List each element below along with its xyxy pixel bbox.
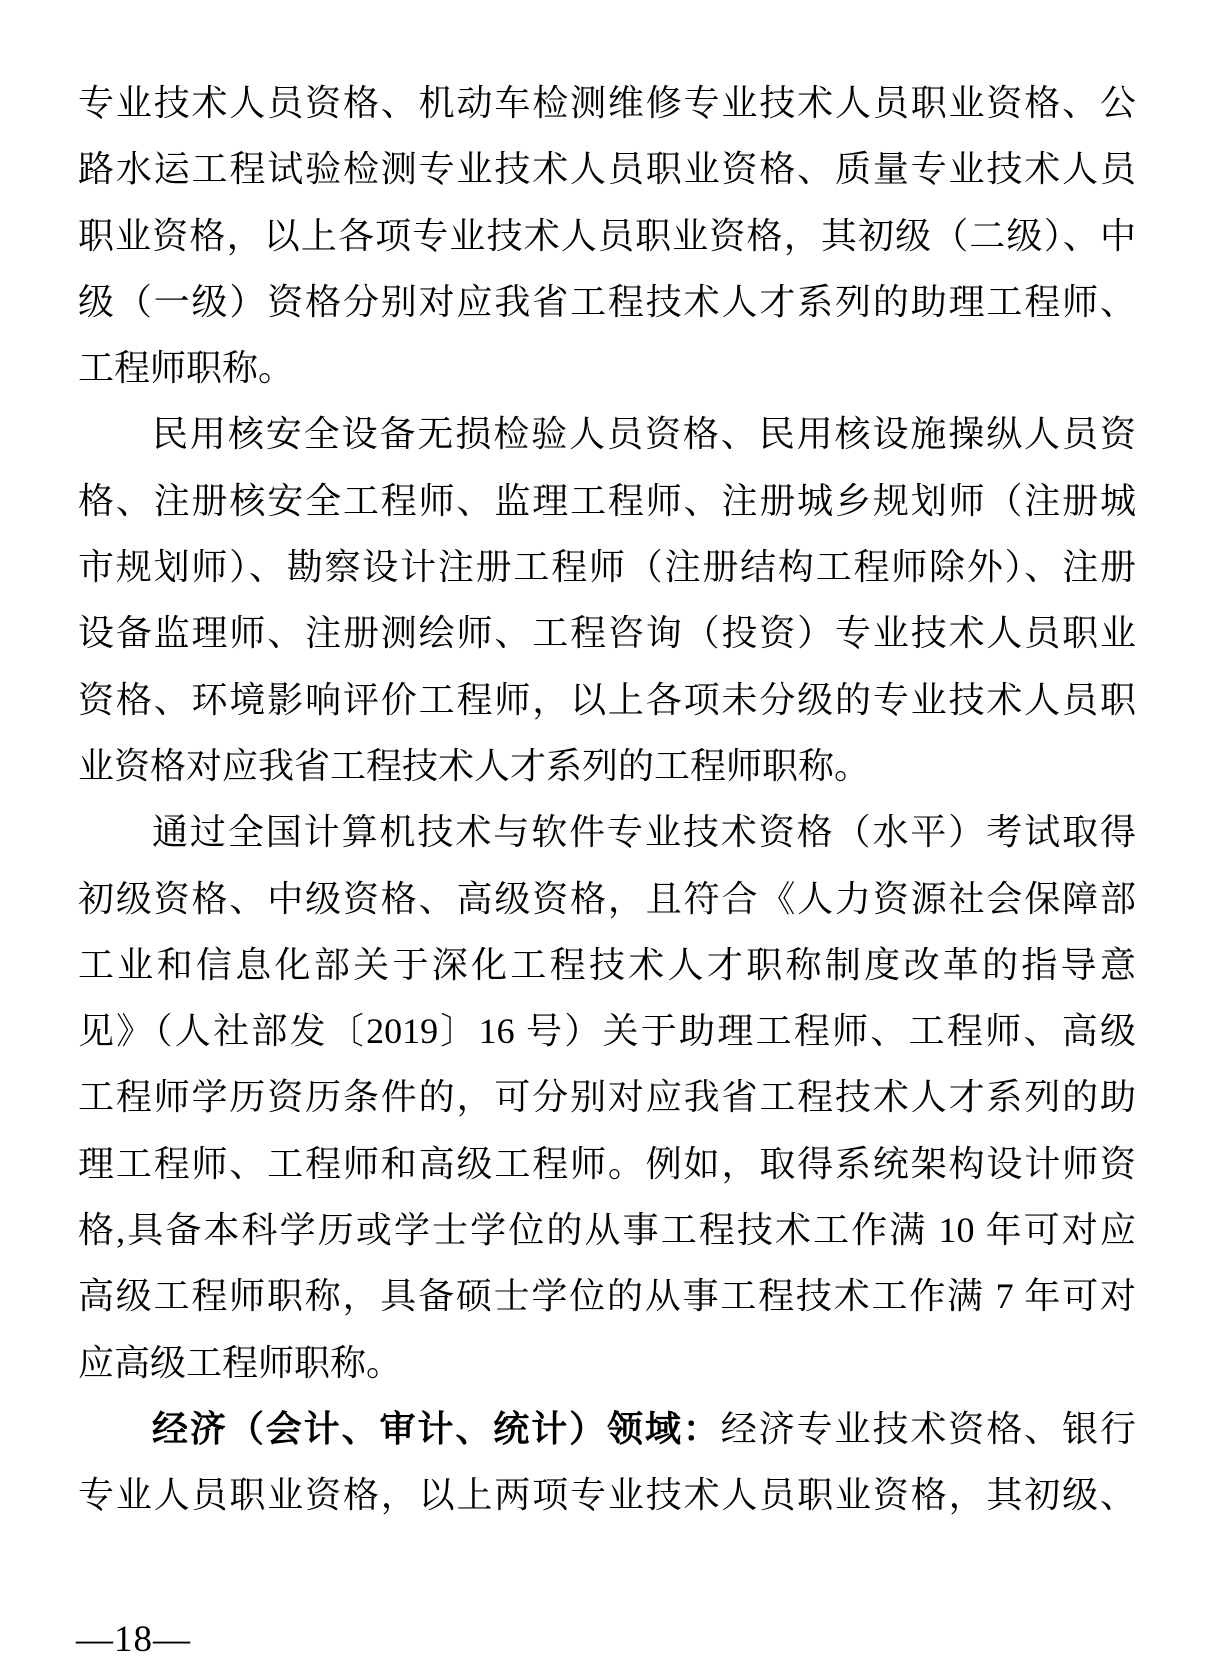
text-line: 路水运工程试验检测专业技术人员职业资格、质量专业技术人员 bbox=[78, 136, 1136, 202]
text-segment: 初级资格、中级资格、高级资格，且符合《人力资源社会保障部 bbox=[78, 879, 1136, 919]
text-line: 工程师学历资历条件的，可分别对应我省工程技术人才系列的助 bbox=[78, 1064, 1136, 1130]
text-segment: 通过全国计算机技术与软件专业技术资格（水平）考试取得 bbox=[152, 812, 1136, 852]
text-segment: 业资格对应我省工程技术人才系列的工程师职称。 bbox=[78, 746, 870, 786]
document-page: 专业技术人员资格、机动车检测维修专业技术人员职业资格、公路水运工程试验检测专业技… bbox=[0, 0, 1209, 1677]
text-line: 通过全国计算机技术与软件专业技术资格（水平）考试取得 bbox=[78, 799, 1136, 865]
text-line: 格,具备本科学历或学士学位的从事工程技术工作满 10 年可对应 bbox=[78, 1197, 1136, 1263]
text-line: 市规划师）、勘察设计注册工程师（注册结构工程师除外）、注册 bbox=[78, 534, 1136, 600]
text-line: 设备监理师、注册测绘师、工程咨询（投资）专业技术人员职业 bbox=[78, 600, 1136, 666]
text-segment: 经济专业技术资格、银行 bbox=[721, 1409, 1136, 1449]
text-line: 格、注册核安全工程师、监理工程师、注册城乡规划师（注册城 bbox=[78, 468, 1136, 534]
document-body: 专业技术人员资格、机动车检测维修专业技术人员职业资格、公路水运工程试验检测专业技… bbox=[78, 70, 1136, 1529]
text-segment: 应高级工程师职称。 bbox=[78, 1343, 402, 1383]
text-segment: 路水运工程试验检测专业技术人员职业资格、质量专业技术人员 bbox=[78, 149, 1136, 189]
text-segment: 职业资格，以上各项专业技术人员职业资格，其初级（二级）、中 bbox=[78, 216, 1136, 256]
text-segment: 理工程师、工程师和高级工程师。例如，取得系统架构设计师资 bbox=[78, 1144, 1136, 1184]
text-segment: 民用核安全设备无损检验人员资格、民用核设施操纵人员资 bbox=[152, 414, 1136, 454]
text-segment: 设备监理师、注册测绘师、工程咨询（投资）专业技术人员职业 bbox=[78, 613, 1136, 653]
text-line: 高级工程师职称，具备硕士学位的从事工程技术工作满 7 年可对 bbox=[78, 1263, 1136, 1329]
text-line: 初级资格、中级资格、高级资格，且符合《人力资源社会保障部 bbox=[78, 866, 1136, 932]
text-segment: 见》（人社部发〔2019〕16 号）关于助理工程师、工程师、高级 bbox=[78, 1011, 1136, 1051]
text-line: 民用核安全设备无损检验人员资格、民用核设施操纵人员资 bbox=[78, 401, 1136, 467]
text-segment: 格、注册核安全工程师、监理工程师、注册城乡规划师（注册城 bbox=[78, 481, 1136, 521]
text-segment: 专业人员职业资格，以上两项专业技术人员职业资格，其初级、 bbox=[78, 1475, 1136, 1515]
text-segment: 格,具备本科学历或学士学位的从事工程技术工作满 10 年可对应 bbox=[78, 1210, 1136, 1250]
text-line: 应高级工程师职称。 bbox=[78, 1330, 1136, 1396]
text-segment: 级（一级）资格分别对应我省工程技术人才系列的助理工程师、 bbox=[78, 282, 1136, 322]
text-segment: 高级工程师职称，具备硕士学位的从事工程技术工作满 7 年可对 bbox=[78, 1276, 1136, 1316]
text-segment: 专业技术人员资格、机动车检测维修专业技术人员职业资格、公 bbox=[78, 83, 1136, 123]
text-segment: 工程师学历资历条件的，可分别对应我省工程技术人才系列的助 bbox=[78, 1077, 1136, 1117]
page-number: —18— bbox=[76, 1618, 191, 1662]
text-line: 专业技术人员资格、机动车检测维修专业技术人员职业资格、公 bbox=[78, 70, 1136, 136]
text-line: 见》（人社部发〔2019〕16 号）关于助理工程师、工程师、高级 bbox=[78, 998, 1136, 1064]
text-line: 级（一级）资格分别对应我省工程技术人才系列的助理工程师、 bbox=[78, 269, 1136, 335]
text-line: 职业资格，以上各项专业技术人员职业资格，其初级（二级）、中 bbox=[78, 203, 1136, 269]
text-line: 资格、环境影响评价工程师，以上各项未分级的专业技术人员职 bbox=[78, 667, 1136, 733]
text-line: 业资格对应我省工程技术人才系列的工程师职称。 bbox=[78, 733, 1136, 799]
text-segment: 工程师职称。 bbox=[78, 348, 294, 388]
text-segment: 资格、环境影响评价工程师，以上各项未分级的专业技术人员职 bbox=[78, 680, 1136, 720]
text-segment: 市规划师）、勘察设计注册工程师（注册结构工程师除外）、注册 bbox=[78, 547, 1136, 587]
text-segment: 工业和信息化部关于深化工程技术人才职称制度改革的指导意 bbox=[78, 945, 1136, 985]
text-line: 工程师职称。 bbox=[78, 335, 1136, 401]
text-line: 理工程师、工程师和高级工程师。例如，取得系统架构设计师资 bbox=[78, 1131, 1136, 1197]
text-line: 工业和信息化部关于深化工程技术人才职称制度改革的指导意 bbox=[78, 932, 1136, 998]
text-line: 经济（会计、审计、统计）领域：经济专业技术资格、银行 bbox=[78, 1396, 1136, 1462]
text-line: 专业人员职业资格，以上两项专业技术人员职业资格，其初级、 bbox=[78, 1462, 1136, 1528]
text-segment-bold: 经济（会计、审计、统计）领域： bbox=[152, 1409, 721, 1449]
